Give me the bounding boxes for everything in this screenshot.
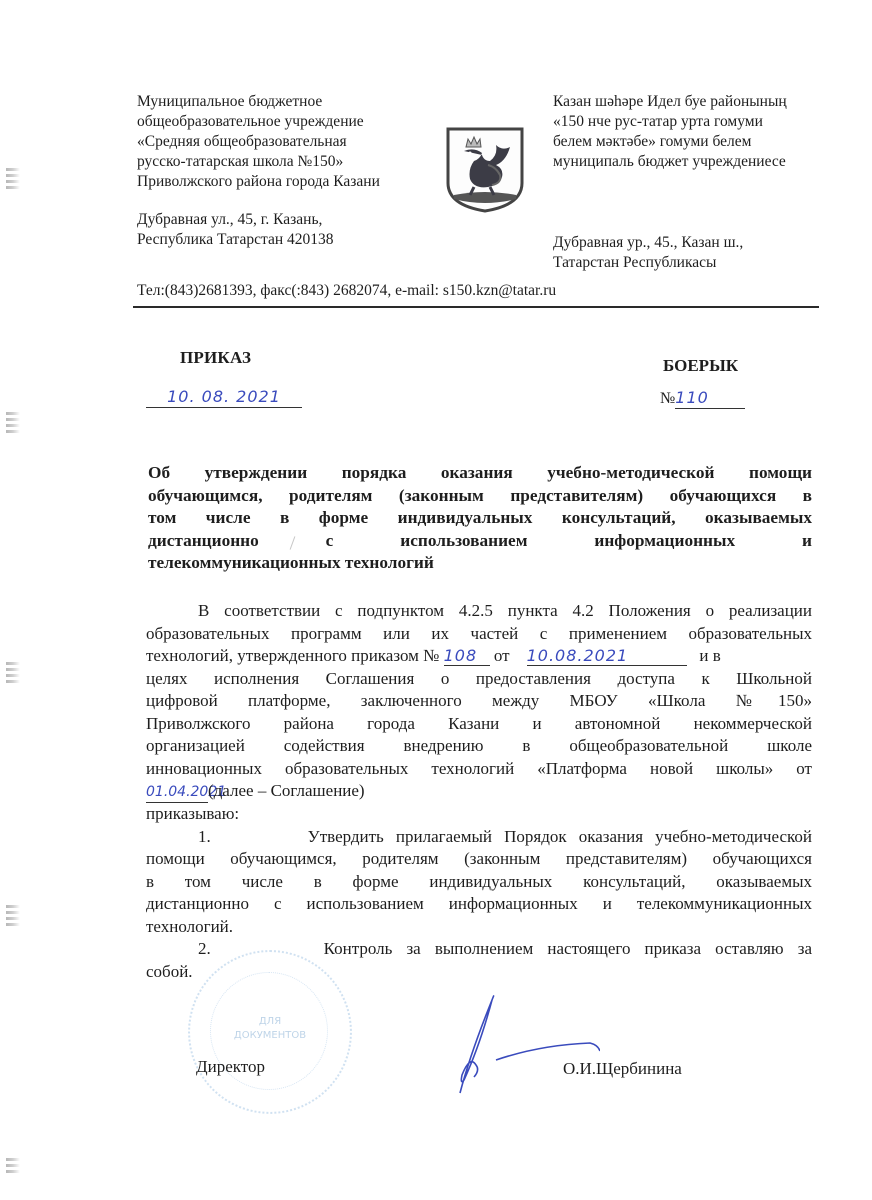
org-line: «150 нче рус-татар урта гомуми — [553, 112, 787, 132]
order-body: В соответствии с подпунктом 4.2.5 пункта… — [146, 600, 812, 983]
list-number: 1. — [198, 827, 211, 846]
address-line: Дубравная ул., 45, г. Казань, — [137, 210, 334, 230]
official-stamp: ДЛЯ ДОКУМЕНТОВ — [188, 950, 352, 1114]
subject-line: телекоммуникационных технологий — [148, 552, 812, 575]
stamp-text: ДОКУМЕНТОВ — [190, 1030, 350, 1041]
scan-artifact — [6, 1158, 20, 1176]
body-line: помощи обучающимся, родителям (законным … — [146, 848, 812, 871]
body-line: 01.04.2021(далее – Соглашение) — [146, 780, 812, 803]
address-ru: Дубравная ул., 45, г. Казань, Республика… — [137, 210, 334, 250]
body-line: технологий, утвержденного приказом № 108… — [146, 645, 812, 668]
body-line: приказываю: — [146, 803, 812, 826]
org-line: муниципаль бюджет учреждениесе — [553, 152, 787, 172]
body-line: цифровой платформе, заключенного между М… — [146, 690, 812, 713]
body-line: целях исполнения Соглашения о предоставл… — [146, 668, 812, 691]
scan-artifact — [6, 662, 20, 686]
text-segment: и в — [699, 646, 720, 665]
list-number: 2. — [198, 939, 211, 958]
body-line: в том числе в форме индивидуальных консу… — [146, 871, 812, 894]
body-line: инновационных образовательных технологий… — [146, 758, 812, 781]
referenced-order-date: 10.08.2021 — [527, 646, 687, 666]
order-number-value: 110 — [675, 388, 745, 409]
agreement-date: 01.04.2021 — [146, 783, 208, 803]
order-title-ru: ПРИКАЗ — [180, 348, 251, 368]
scan-artifact — [6, 168, 20, 192]
text-segment: (далее – Соглашение) — [208, 781, 365, 800]
body-line: В соответствии с подпунктом 4.2.5 пункта… — [146, 600, 812, 623]
order-date: 10. 08. 2021 — [146, 387, 302, 408]
org-line: Казан шәһәре Идел буе районының — [553, 92, 787, 112]
address-tt: Дубравная ур., 45., Казан ш., Татарстан … — [553, 233, 743, 273]
subject-line: том числе в форме индивидуальных консуль… — [148, 507, 812, 530]
text-segment: от — [494, 646, 510, 665]
order-subject: Об утверждении порядка оказания учебно-м… — [148, 462, 812, 575]
org-line: русско-татарская школа №150» — [137, 152, 380, 172]
org-line: «Средняя общеобразовательная — [137, 132, 380, 152]
kazan-coat-of-arms-icon — [444, 125, 526, 213]
body-line: образовательных программ или их частей с… — [146, 623, 812, 646]
order-number: №110 — [660, 388, 745, 409]
org-name-tt: Казан шәһәре Идел буе районының «150 нче… — [553, 92, 787, 172]
signatory-position: Директор — [196, 1057, 265, 1077]
referenced-order-number: 108 — [444, 646, 490, 666]
address-line: Татарстан Республикасы — [553, 253, 743, 273]
subject-line: обучающимся, родителям (законным предста… — [148, 485, 812, 508]
org-line: общеобразовательное учреждение — [137, 112, 380, 132]
subject-line: дистанционно с использованием информацио… — [148, 530, 812, 553]
order-title-tt: БОЕРЫК — [663, 356, 738, 376]
list-item-1: 1. Утвердить прилагаемый Порядок оказани… — [146, 826, 812, 849]
org-name-ru: Муниципальное бюджетное общеобразователь… — [137, 92, 380, 192]
signatory-name: О.И.Щербинина — [563, 1059, 682, 1079]
header-divider — [133, 306, 819, 308]
body-line: Приволжского района города Казани и авто… — [146, 713, 812, 736]
contact-line: Тел:(843)2681393, факс(:843) 2682074, e-… — [137, 282, 556, 300]
org-line: Муниципальное бюджетное — [137, 92, 380, 112]
body-line: дистанционно с использованием информацио… — [146, 893, 812, 916]
list-text: Контроль за выполнением настоящего прика… — [324, 939, 812, 958]
number-prefix: № — [660, 390, 675, 407]
body-line: организацией содействия внедрению в обще… — [146, 735, 812, 758]
address-line: Дубравная ур., 45., Казан ш., — [553, 233, 743, 253]
list-text: Утвердить прилагаемый Порядок оказания у… — [308, 827, 812, 846]
org-line: Приволжского района города Казани — [137, 172, 380, 192]
scan-artifact — [6, 412, 20, 436]
org-line: белем мәктәбе» гомуми белем — [553, 132, 787, 152]
text-segment: технологий, утвержденного приказом № — [146, 646, 439, 665]
stamp-text: ДЛЯ — [190, 1016, 350, 1027]
address-line: Республика Татарстан 420138 — [137, 230, 334, 250]
body-line: технологий. — [146, 916, 812, 939]
subject-line: Об утверждении порядка оказания учебно-м… — [148, 462, 812, 485]
scan-artifact — [6, 905, 20, 929]
